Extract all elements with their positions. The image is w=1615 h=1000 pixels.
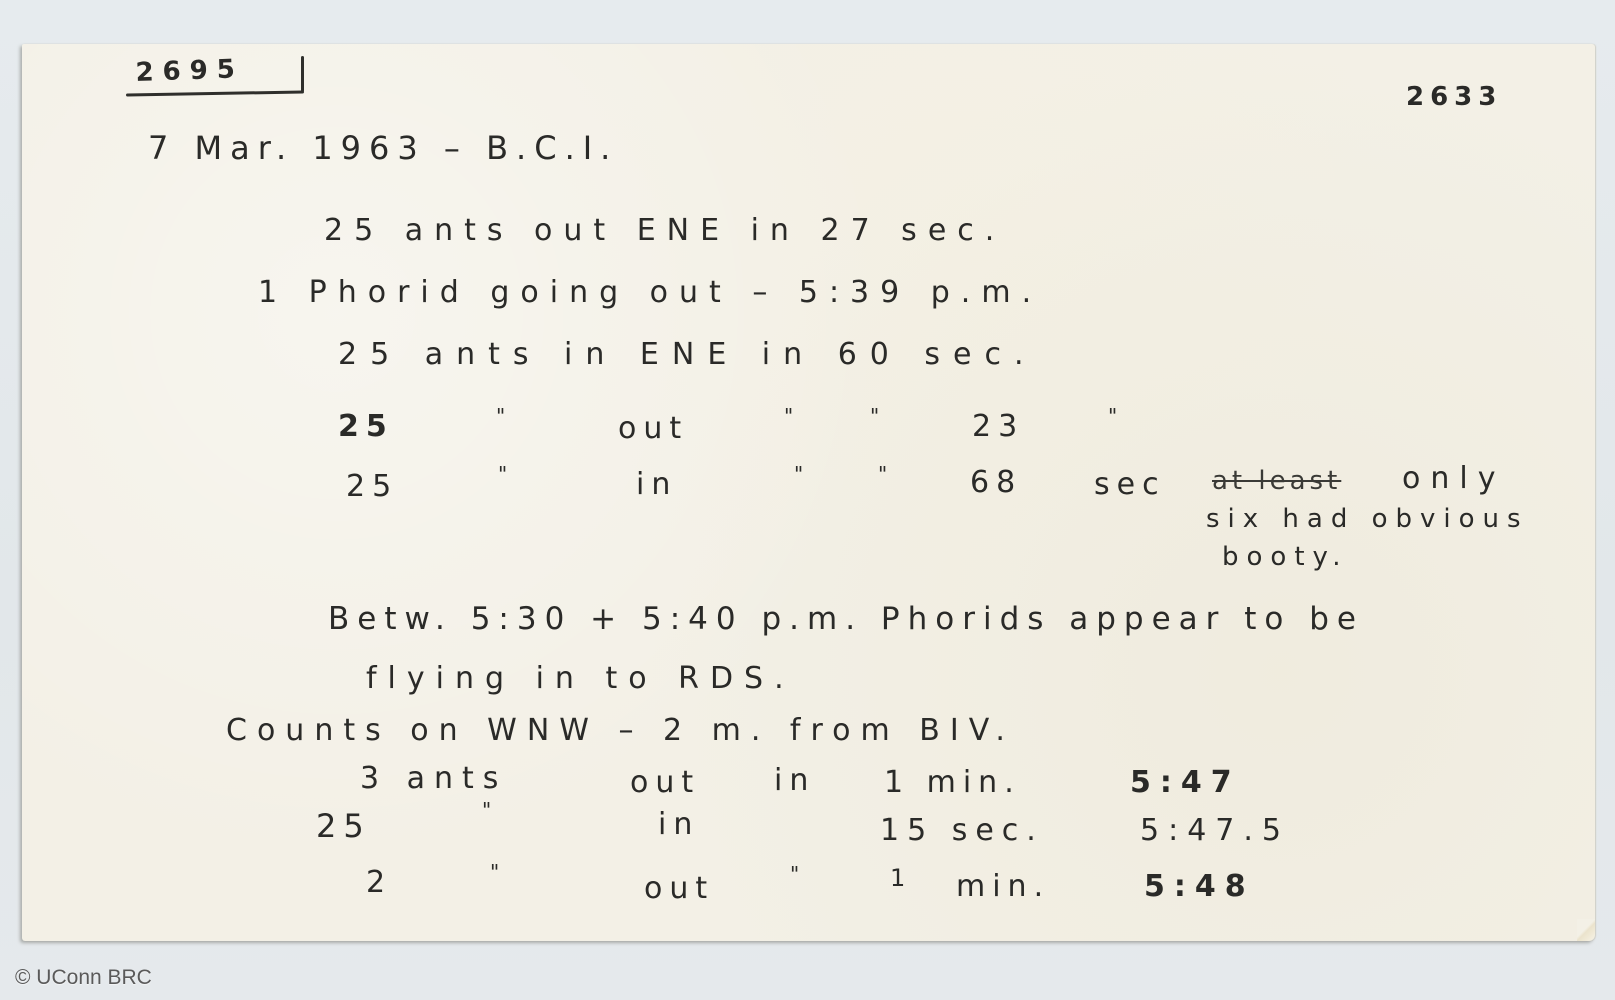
corner-number: 2633 [1406,84,1502,110]
note-line: Counts on WNW – 2 m. from BIV. [226,716,1015,746]
note-cell: 5:47 [1130,768,1241,798]
note-cell: 5:47.5 [1140,816,1290,846]
note-cell: 25 [346,472,398,502]
note-line: flying in to RDS. [366,664,795,694]
note-cell: " [498,464,514,484]
note-cell: min. [956,872,1050,902]
marginal-note: six had obvious [1206,506,1529,532]
note-cell: " [490,862,506,882]
note-cell: 3 ants [360,764,507,794]
catalog-number-bracket [301,56,304,92]
note-cell: out [644,874,714,904]
note-cell: in [774,766,815,796]
note-cell: 1 [890,866,912,890]
note-line: 25 ants out ENE in 27 sec. [324,216,1005,246]
note-cell: out [630,768,700,798]
note-cell: 5:48 [1144,872,1255,902]
note-cell: " [790,864,806,884]
marginal-note: only [1402,464,1505,494]
note-cell: in [658,810,699,840]
note-cell: " [496,406,512,426]
catalog-number-underline [126,90,304,96]
note-cell: " [870,406,886,426]
struck-out-note: at least [1212,468,1341,494]
note-cell: " [1108,406,1124,426]
note-cell: 25 [338,412,394,442]
note-line: 1 Phorid going out – 5:39 p.m. [258,278,1042,308]
index-card: 2695 2633 7 Mar. 1963 – B.C.I. 25 ants o… [22,44,1595,941]
note-cell: 1 min. [884,768,1021,798]
copyright-notice: © UConn BRC [15,966,152,990]
card-heading: 7 Mar. 1963 – B.C.I. [148,132,618,164]
note-cell: 2 [366,868,392,898]
marginal-note: booty. [1222,544,1348,570]
note-cell: " [482,800,498,820]
catalog-number: 2695 [135,56,244,86]
note-cell: in [636,470,677,500]
note-cell: sec [1094,470,1166,500]
note-cell: " [878,464,894,484]
note-cell: " [794,464,810,484]
note-line: 25 ants in ENE in 60 sec. [338,340,1037,370]
note-cell: " [784,406,800,426]
note-cell: 15 sec. [880,816,1044,846]
note-cell: 23 [972,412,1024,442]
note-cell: 25 [316,810,371,842]
note-cell: out [618,414,688,444]
note-line: Betw. 5:30 + 5:40 p.m. Phorids appear to… [328,604,1364,635]
note-cell: 68 [970,468,1022,498]
